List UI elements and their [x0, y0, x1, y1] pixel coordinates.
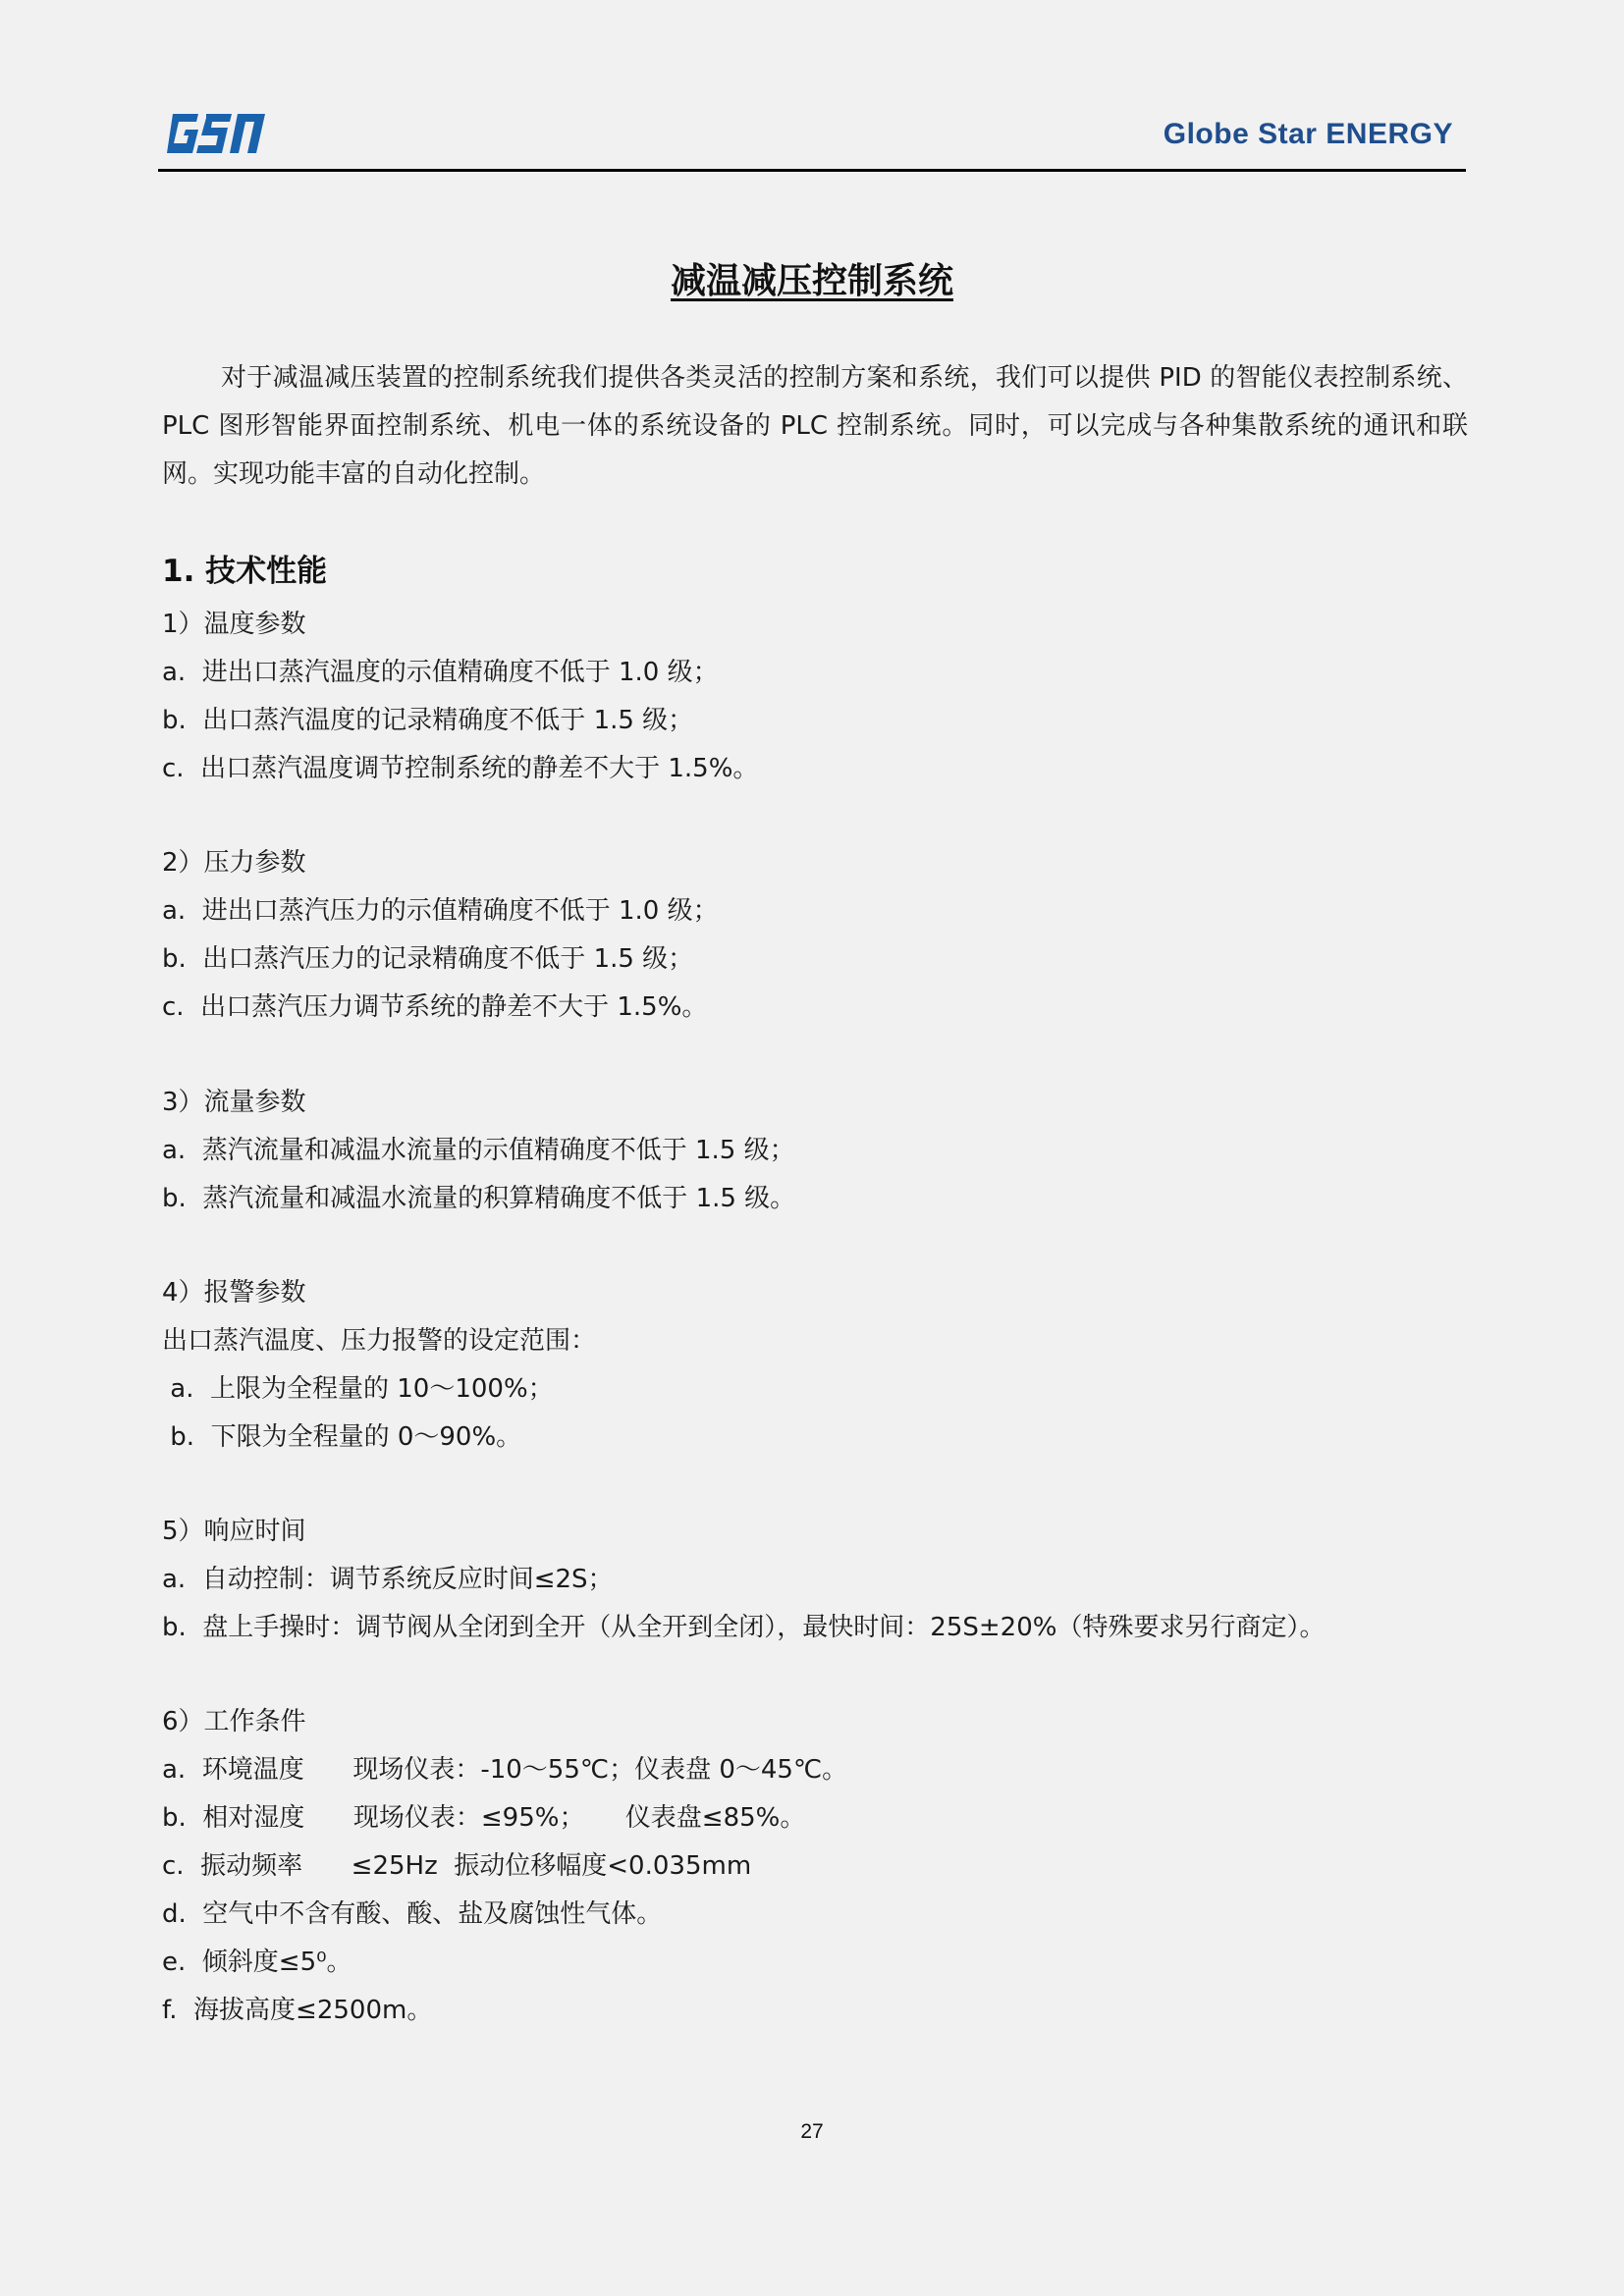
document-page: Globe Star ENERGY 减温减压控制系统 对于减温减压装置的控制系统…: [0, 0, 1624, 2296]
list-item: c. 出口蒸汽温度调节控制系统的静差不大于 1.5%。: [162, 749, 758, 788]
list-item: b. 相对湿度 现场仪表：≤95%； 仪表盘≤85%。: [162, 1798, 805, 1838]
list-item: a. 上限为全程量的 10～100%；: [162, 1369, 554, 1409]
section-heading: 1. 技术性能: [162, 546, 327, 590]
group-title-response: 5）响应时间: [162, 1512, 306, 1551]
gsn-logo: [165, 112, 267, 155]
header-divider: [158, 169, 1466, 172]
list-item: c. 振动频率 ≤25Hz 振动位移幅度<0.035mm: [162, 1846, 751, 1886]
list-item: a. 自动控制：调节系统反应时间≤2S；: [162, 1560, 614, 1599]
page-title: 减温减压控制系统: [0, 253, 1624, 303]
list-item: b. 盘上手操时：调节阀从全闭到全开（从全开到全闭），最快时间：25S±20%（…: [162, 1608, 1325, 1647]
list-item: a. 进出口蒸汽温度的示值精确度不低于 1.0 级；: [162, 653, 719, 692]
list-item: a. 蒸汽流量和减温水流量的示值精确度不低于 1.5 级；: [162, 1131, 795, 1170]
intro-paragraph: 对于减温减压装置的控制系统我们提供各类灵活的控制方案和系统，我们可以提供 PID…: [162, 354, 1468, 499]
page-number: 27: [0, 2120, 1624, 2144]
list-item: f. 海拔高度≤2500m。: [162, 1991, 432, 2030]
list-item: a. 进出口蒸汽压力的示值精确度不低于 1.0 级；: [162, 891, 719, 931]
list-item: d. 空气中不含有酸、酸、盐及腐蚀性气体。: [162, 1895, 662, 1934]
brand-name: Globe Star ENERGY: [1164, 118, 1453, 151]
group-subtitle: 出口蒸汽温度、压力报警的设定范围：: [162, 1321, 596, 1361]
list-item: b. 出口蒸汽压力的记录精确度不低于 1.5 级；: [162, 939, 693, 979]
list-item: b. 下限为全程量的 0～90%。: [162, 1417, 521, 1457]
group-title-conditions: 6）工作条件: [162, 1702, 306, 1741]
list-item: b. 蒸汽流量和减温水流量的积算精确度不低于 1.5 级。: [162, 1179, 795, 1218]
list-item: e. 倾斜度≤5⁰。: [162, 1943, 352, 1982]
list-item: b. 出口蒸汽温度的记录精确度不低于 1.5 级；: [162, 701, 693, 740]
group-title-temperature: 1）温度参数: [162, 605, 306, 644]
list-item: c. 出口蒸汽压力调节系统的静差不大于 1.5%。: [162, 988, 707, 1027]
group-title-flow: 3）流量参数: [162, 1083, 306, 1122]
page-title-text: 减温减压控制系统: [671, 261, 953, 301]
group-title-alarm: 4）报警参数: [162, 1273, 306, 1312]
group-title-pressure: 2）压力参数: [162, 843, 306, 882]
list-item: a. 环境温度 现场仪表：-10～55℃；仪表盘 0～45℃。: [162, 1750, 847, 1789]
